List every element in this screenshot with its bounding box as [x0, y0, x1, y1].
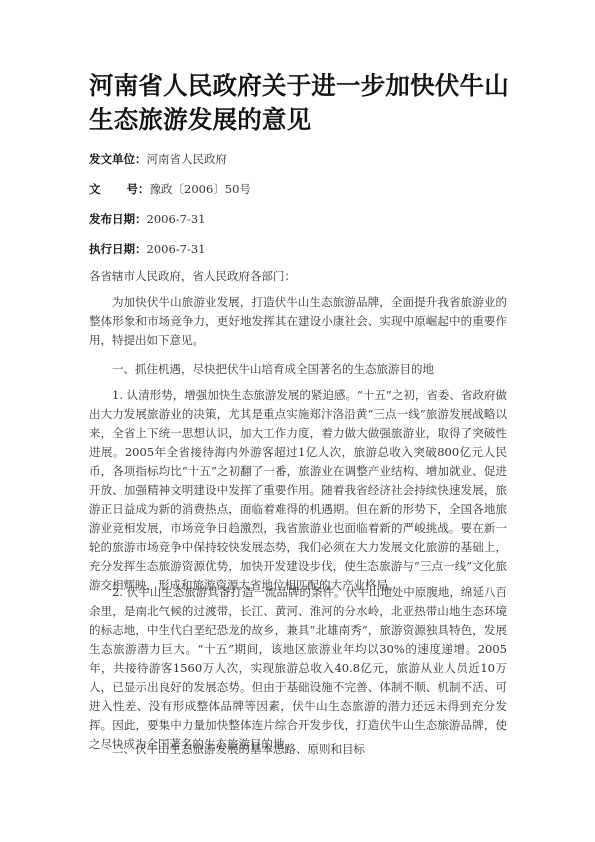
meta-label: 发布日期	[89, 212, 135, 226]
intro-paragraph: 为加快伏牛山旅游业发展，打造伏牛山生态旅游品牌，全面提升我省旅游业的整体形象和市…	[89, 293, 507, 350]
meta-value: 2006-7-31	[147, 242, 206, 256]
meta-doc-number: 文号：豫政〔2006〕50号	[89, 181, 251, 197]
meta-value: 河南省人民政府	[147, 152, 228, 166]
meta-value: 2006-7-31	[147, 212, 206, 226]
addressee: 各省辖市人民政府，省人民政府各部门：	[89, 268, 296, 284]
meta-label: 发文单位	[89, 152, 135, 166]
section-heading-2: 二、伏牛山生态旅游发展的基本思路、原则和目标	[112, 741, 365, 757]
document-page: 河南省人民政府关于进一步加快伏牛山生态旅游发展的意见 发文单位：河南省人民政府 …	[0, 0, 595, 842]
section-1-paragraph-1: 1. 认清形势，增强加快生态旅游发展的紧迫感。“十五”之初，省委、省政府做出大力…	[89, 386, 507, 595]
section-heading-1: 一、抓住机遇，尽快把伏牛山培育成全国著名的生态旅游目的地	[112, 361, 434, 377]
meta-publish-date: 发布日期：2006-7-31	[89, 211, 206, 227]
meta-label: 执行日期	[89, 242, 135, 256]
meta-effective-date: 执行日期：2006-7-31	[89, 241, 206, 257]
meta-issuer: 发文单位：河南省人民政府	[89, 151, 227, 167]
meta-value: 豫政〔2006〕50号	[150, 182, 251, 196]
section-1-paragraph-2: 2. 伏牛山生态旅游具备打造一流品牌的条件。伏牛山地处中原腹地，绵延八百余里，是…	[89, 583, 507, 754]
document-title: 河南省人民政府关于进一步加快伏牛山生态旅游发展的意见	[89, 69, 529, 137]
